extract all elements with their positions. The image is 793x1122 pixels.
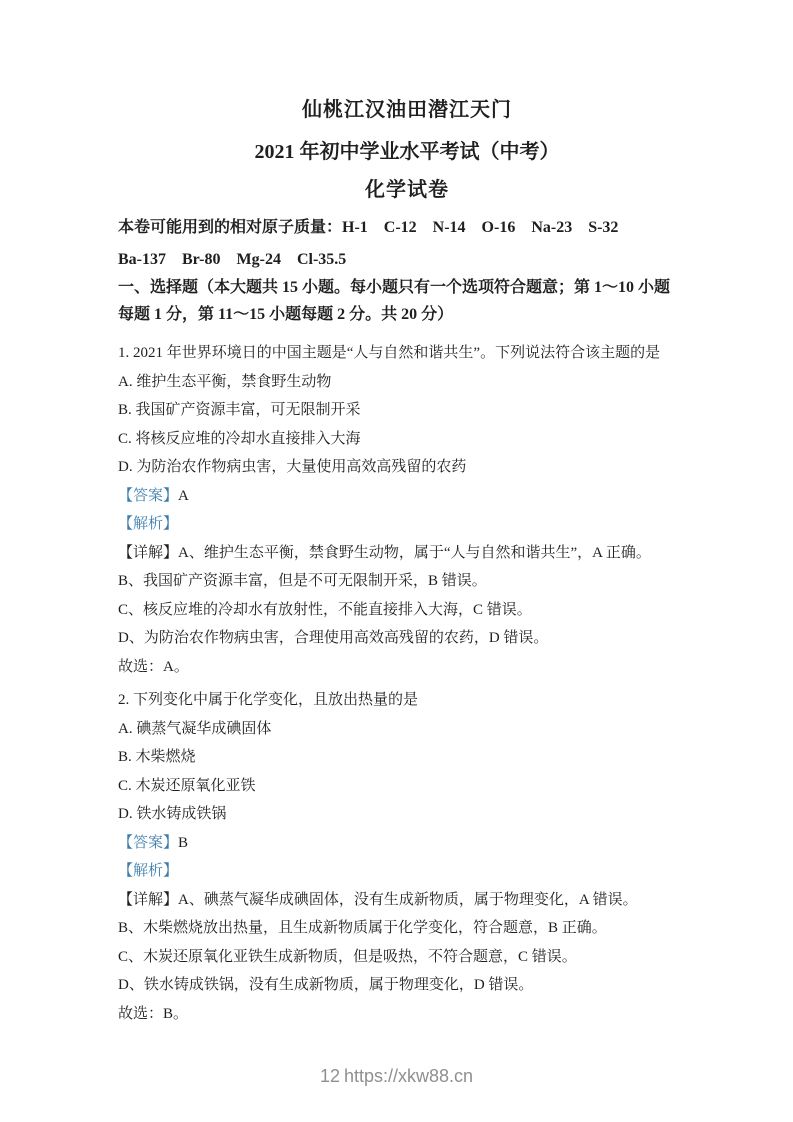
detail-text: A、碘蒸气凝华成碘固体，没有生成新物质，属于物理变化，A 错误。 xyxy=(178,892,638,908)
question-2-option-a: A. 碘蒸气凝华成碘固体 xyxy=(118,715,696,744)
question-1: 1. 2021 年世界环境日的中国主题是“人与自然和谐共生”。下列说法符合该主题… xyxy=(118,339,696,681)
exam-title-line-2: 2021 年初中学业水平考试（中考） xyxy=(118,138,696,166)
exam-content: 仙桃江汉油田潜江天门 2021 年初中学业水平考试（中考） 化学试卷 本卷可能用… xyxy=(118,0,696,1028)
question-1-analysis-line: 【解析】 xyxy=(118,510,696,539)
exam-title-block: 仙桃江汉油田潜江天门 2021 年初中学业水平考试（中考） 化学试卷 xyxy=(118,96,696,204)
page-footer: 12https://xkw88.cn xyxy=(0,1066,793,1086)
analysis-label: 【解析】 xyxy=(118,863,178,879)
answer-label: 【答案】 xyxy=(118,488,178,504)
atomic-mass-line-2: Ba-137 Br-80 Mg-24 Cl-35.5 xyxy=(118,246,696,274)
detail-label: 【详解】 xyxy=(118,892,178,908)
question-2-stem: 2. 下列变化中属于化学变化，且放出热量的是 xyxy=(118,686,696,715)
section-heading: 一、选择题（本大题共 15 小题。每小题只有一个选项符合题意；第 1～10 小题… xyxy=(118,274,696,328)
question-2-detail-line-a: 【详解】A、碘蒸气凝华成碘固体，没有生成新物质，属于物理变化，A 错误。 xyxy=(118,886,696,915)
question-1-conclusion: 故选：A。 xyxy=(118,653,696,682)
detail-label: 【详解】 xyxy=(118,545,178,561)
answer-label: 【答案】 xyxy=(118,835,178,851)
question-1-detail-line-d: D、为防治农作物病虫害，合理使用高效高残留的农药，D 错误。 xyxy=(118,624,696,653)
question-2: 2. 下列变化中属于化学变化，且放出热量的是 A. 碘蒸气凝华成碘固体 B. 木… xyxy=(118,686,696,1028)
question-1-detail-line-c: C、核反应堆的冷却水有放射性，不能直接排入大海，C 错误。 xyxy=(118,596,696,625)
question-1-option-d: D. 为防治农作物病虫害，大量使用高效高残留的农药 xyxy=(118,453,696,482)
question-2-option-b: B. 木柴燃烧 xyxy=(118,743,696,772)
question-2-detail-line-c: C、木炭还原氧化亚铁生成新物质，但是吸热，不符合题意，C 错误。 xyxy=(118,943,696,972)
question-1-detail-line-b: B、我国矿产资源丰富，但是不可无限制开采，B 错误。 xyxy=(118,567,696,596)
question-1-answer-line: 【答案】A xyxy=(118,482,696,511)
exam-title-line-1: 仙桃江汉油田潜江天门 xyxy=(118,96,696,124)
question-2-detail-line-d: D、铁水铸成铁锅，没有生成新物质，属于物理变化，D 错误。 xyxy=(118,971,696,1000)
question-1-option-a: A. 维护生态平衡，禁食野生动物 xyxy=(118,368,696,397)
question-2-option-d: D. 铁水铸成铁锅 xyxy=(118,800,696,829)
question-2-conclusion: 故选：B。 xyxy=(118,1000,696,1029)
question-2-analysis-line: 【解析】 xyxy=(118,857,696,886)
exam-title-line-3: 化学试卷 xyxy=(118,176,696,204)
answer-value: B xyxy=(178,835,188,851)
detail-text: A、维护生态平衡，禁食野生动物，属于“人与自然和谐共生”，A 正确。 xyxy=(178,545,651,561)
question-1-detail-line-a: 【详解】A、维护生态平衡，禁食野生动物，属于“人与自然和谐共生”，A 正确。 xyxy=(118,539,696,568)
section-heading-line-2: 每题 1 分，第 11～15 小题每题 2 分。共 20 分） xyxy=(118,301,696,328)
question-1-stem: 1. 2021 年世界环境日的中国主题是“人与自然和谐共生”。下列说法符合该主题… xyxy=(118,339,696,368)
question-2-option-c: C. 木炭还原氧化亚铁 xyxy=(118,772,696,801)
page-number: 12 xyxy=(320,1066,340,1086)
atomic-mass-note: 本卷可能用到的相对原子质量：H-1 C-12 N-14 O-16 Na-23 S… xyxy=(118,214,696,274)
question-2-answer-line: 【答案】B xyxy=(118,829,696,858)
footer-url[interactable]: https://xkw88.cn xyxy=(344,1066,473,1086)
atomic-mass-line-1: 本卷可能用到的相对原子质量：H-1 C-12 N-14 O-16 Na-23 S… xyxy=(118,214,696,242)
analysis-label: 【解析】 xyxy=(118,516,178,532)
question-2-detail-line-b: B、木柴燃烧放出热量，且生成新物质属于化学变化，符合题意，B 正确。 xyxy=(118,914,696,943)
answer-value: A xyxy=(178,488,189,504)
section-heading-line-1: 一、选择题（本大题共 15 小题。每小题只有一个选项符合题意；第 1～10 小题 xyxy=(118,274,696,301)
exam-page: 仙桃江汉油田潜江天门 2021 年初中学业水平考试（中考） 化学试卷 本卷可能用… xyxy=(0,0,793,1122)
question-1-option-c: C. 将核反应堆的冷却水直接排入大海 xyxy=(118,425,696,454)
question-1-option-b: B. 我国矿产资源丰富，可无限制开采 xyxy=(118,396,696,425)
